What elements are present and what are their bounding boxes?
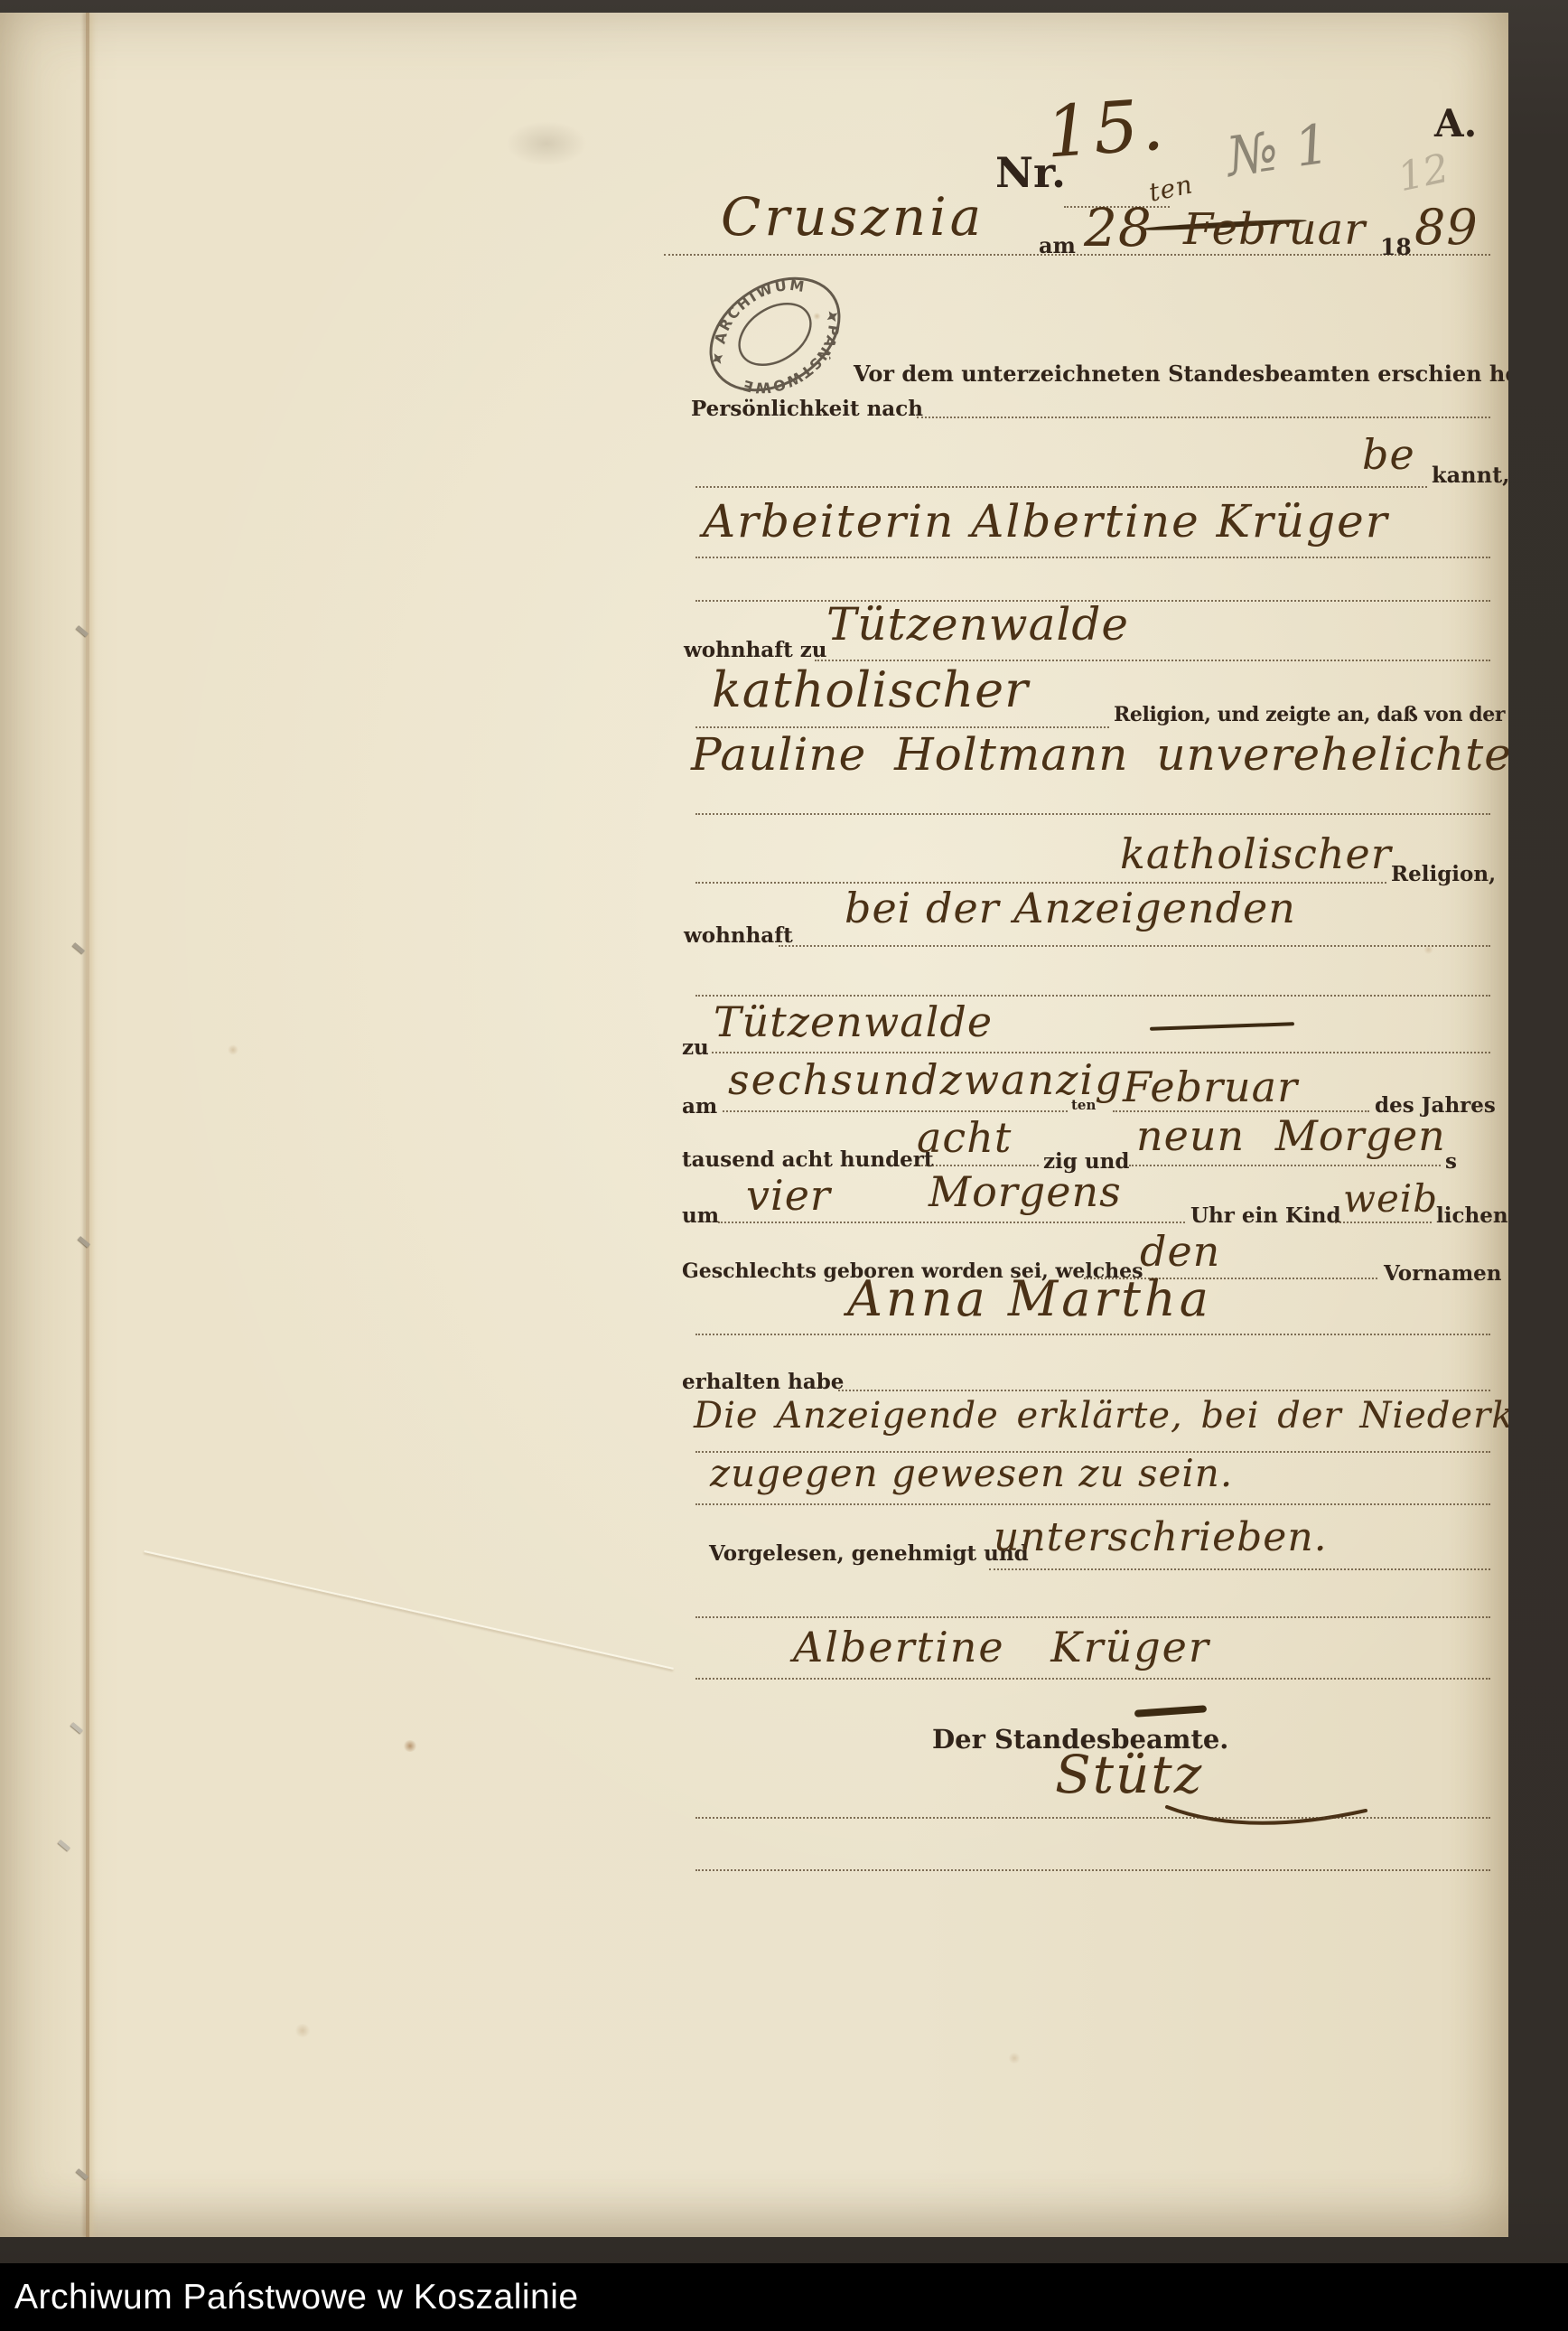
dotted-rule bbox=[695, 557, 1490, 558]
vorgelesen-label: Vorgelesen, genehmigt und bbox=[709, 1541, 1029, 1566]
wohnhaft-label: wohnhaft bbox=[684, 923, 793, 948]
dotted-rule bbox=[914, 1165, 1039, 1166]
child-name-entry: Anna Martha bbox=[847, 1270, 1212, 1327]
declarant-entry: Arbeiterin Albertine Krüger bbox=[703, 495, 1389, 548]
pencil-annotation-faint: 12 bbox=[1394, 145, 1452, 201]
unterschrieben-entry: unterschrieben. bbox=[994, 1514, 1328, 1560]
faded-stamp-ghost bbox=[506, 121, 587, 166]
dotted-rule bbox=[664, 254, 1490, 256]
ink-stroke bbox=[1134, 1705, 1207, 1718]
binding-staple bbox=[70, 1722, 83, 1734]
kannt-label: kannt, bbox=[1432, 462, 1508, 488]
article-entry: den bbox=[1140, 1227, 1220, 1276]
year-tens-entry: acht bbox=[917, 1113, 1012, 1162]
dotted-rule bbox=[695, 1678, 1490, 1680]
dotted-rule bbox=[695, 1869, 1490, 1871]
printed-am: am bbox=[1039, 232, 1076, 258]
dotted-rule bbox=[1335, 1222, 1432, 1223]
note-line1-entry: Die Anzeigende erklärte, bei der Niederk… bbox=[694, 1395, 1508, 1437]
religion-zeigte-label: Religion, und zeigte an, daß von der bbox=[1114, 703, 1505, 726]
birth-place-entry: Tützenwalde bbox=[714, 997, 993, 1046]
dotted-rule bbox=[723, 1110, 1068, 1112]
birth-day-entry: sechsundzwanzig bbox=[728, 1055, 1124, 1104]
binding-seam bbox=[86, 13, 89, 2237]
dotted-rule bbox=[695, 995, 1490, 997]
form-corner-letter: A. bbox=[1434, 101, 1477, 145]
dotted-rule bbox=[1129, 1165, 1441, 1166]
foxing-spot bbox=[1008, 2053, 1021, 2064]
dotted-rule bbox=[695, 813, 1490, 815]
place-entry: Crusznia bbox=[721, 186, 985, 248]
dotted-rule bbox=[695, 486, 1427, 488]
residence1-entry: Tützenwalde bbox=[826, 598, 1129, 651]
dotted-rule bbox=[695, 1334, 1490, 1335]
declarant-signature: Albertine Krüger bbox=[793, 1623, 1210, 1671]
residence2-entry: bei der Anzeigenden bbox=[845, 884, 1296, 932]
vornamen-label: Vornamen bbox=[1384, 1261, 1502, 1286]
foxing-spot bbox=[294, 2024, 311, 2037]
lichen-label: lichen bbox=[1436, 1203, 1508, 1228]
footer-bar: Archiwum Państwowe w Koszalinie bbox=[0, 2263, 1568, 2331]
pencil-annotation: № 1 bbox=[1223, 112, 1334, 189]
um-label: um bbox=[682, 1203, 719, 1228]
month-entry: Februar bbox=[1183, 204, 1366, 255]
day-suffix-entry: ten bbox=[1146, 169, 1196, 207]
dotted-rule bbox=[718, 1222, 1185, 1223]
dotted-rule bbox=[917, 417, 1490, 418]
scanned-civil-record-page: { "page": { "corner_mark": "A.", "footer… bbox=[0, 0, 1568, 2331]
tausend-label: tausend acht hundert bbox=[682, 1147, 934, 1172]
uhr-ein-kind-label: Uhr ein Kind bbox=[1190, 1203, 1341, 1228]
sex-entry: weib bbox=[1343, 1176, 1438, 1221]
be-entry: be bbox=[1362, 430, 1415, 479]
mother-entry: Pauline Holtmann unverehelichten Mag bbox=[691, 728, 1508, 781]
s-label: s bbox=[1445, 1149, 1457, 1174]
religion-label: Religion, bbox=[1391, 862, 1496, 886]
year-units-entry: neun Morgen bbox=[1136, 1111, 1446, 1160]
dotted-rule bbox=[989, 1568, 1490, 1570]
am-label: am bbox=[682, 1094, 717, 1119]
dotted-rule bbox=[695, 1817, 1490, 1819]
intro-text: Vor dem unterzeichneten Standesbeamten e… bbox=[854, 360, 1488, 387]
hour-entry: vier bbox=[746, 1171, 831, 1220]
note-line2-entry: zugegen gewesen zu sein. bbox=[710, 1451, 1233, 1495]
year-prefix: 18 bbox=[1380, 234, 1412, 260]
dotted-rule bbox=[695, 1616, 1490, 1618]
binding-staple bbox=[58, 1840, 70, 1851]
day-entry: 28 bbox=[1084, 197, 1153, 258]
foxing-spot bbox=[228, 1044, 238, 1055]
foxing-spot bbox=[403, 1740, 417, 1752]
ten-label: ten bbox=[1071, 1097, 1096, 1113]
time-of-day-entry: Morgens bbox=[929, 1167, 1122, 1216]
birth-month-entry: Februar bbox=[1123, 1063, 1298, 1111]
dotted-rule bbox=[712, 1052, 1490, 1053]
religion1-entry: katholischer bbox=[712, 661, 1029, 718]
zu-label: zu bbox=[682, 1035, 709, 1060]
erhalten-habe-label: erhalten habe bbox=[682, 1370, 844, 1394]
religion2-entry: katholischer bbox=[1120, 829, 1392, 878]
document-paper: A. Nr. 15. № 1 12 Crusznia am 28 ten Feb… bbox=[0, 13, 1508, 2237]
binding-stitch bbox=[72, 942, 85, 954]
wohnhaft-zu-label: wohnhaft zu bbox=[684, 638, 827, 662]
paper-crease bbox=[145, 1550, 674, 1670]
archive-name: Archiwum Państwowe w Koszalinie bbox=[14, 2263, 579, 2331]
persoenlichkeit-label: Persönlichkeit nach bbox=[691, 397, 923, 421]
year-digits-entry: 89 bbox=[1414, 199, 1479, 256]
record-number-value: 15. bbox=[1043, 84, 1169, 173]
dotted-rule bbox=[838, 1390, 1490, 1391]
signature-flourish bbox=[1165, 1791, 1373, 1836]
archive-stamp: ARCHIWUM PAŃSTWOWE bbox=[697, 266, 853, 403]
dotted-rule bbox=[695, 1503, 1490, 1505]
ink-dash bbox=[1150, 1022, 1294, 1031]
dotted-rule bbox=[779, 945, 1490, 947]
